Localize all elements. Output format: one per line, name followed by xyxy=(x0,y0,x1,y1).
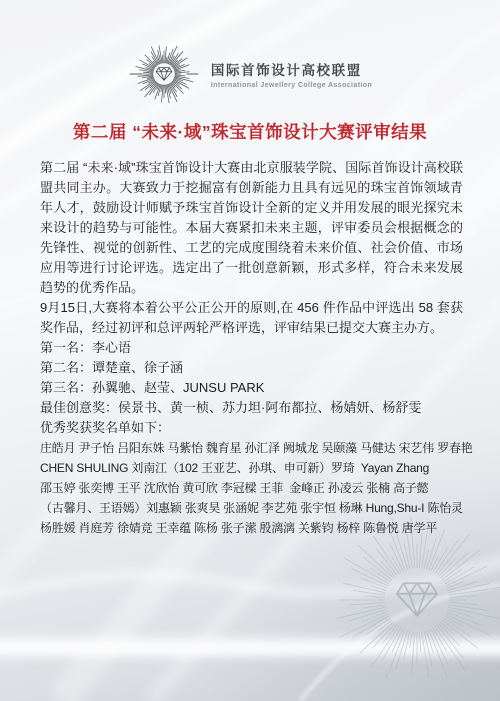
award-line-second: 第二名：谭楚童、徐子涵 xyxy=(40,358,463,378)
logo-name-cn: 国际首饰设计高校联盟 xyxy=(211,59,372,79)
excellence-name-line: CHEN SHULING 刘南江（102 王亚艺、孙琪、申可新）罗琦 Yayan… xyxy=(40,458,463,478)
excellence-name-line: 邵玉婷 张奕博 王平 沈欣怡 黄可欣 李冠樑 王菲 金峰正 孙凌云 张楠 高子懿 xyxy=(40,478,463,498)
award-names: 李心语 xyxy=(92,340,131,355)
award-names: 谭楚童、徐子涵 xyxy=(92,360,183,375)
logo-name-en: International Jewellery College Associat… xyxy=(211,82,372,89)
excellence-name-line: 杨胜媛 肖庭芳 徐婧竞 王幸蕴 陈杨 张子潆 殷漓漓 关紫钧 杨梓 陈鲁悦 唐学… xyxy=(40,518,463,538)
award-label: 最佳创意奖： xyxy=(40,400,118,415)
intro-paragraph: 第二届 “未来·域”珠宝首饰设计大赛由北京服装学院、国际首饰设计高校联盟共同主办… xyxy=(40,158,463,298)
award-line-first: 第一名：李心语 xyxy=(40,338,463,358)
excellence-heading: 优秀奖获奖名单如下： xyxy=(40,418,463,438)
award-line-creativity: 最佳创意奖：侯景书、黄一桢、苏力坦·阿布都拉、杨婧妍、杨舒雯 xyxy=(40,398,463,418)
award-label: 第二名： xyxy=(40,360,92,375)
award-label: 第三名： xyxy=(40,380,92,395)
association-logo: 国际首饰设计高校联盟 International Jewellery Colle… xyxy=(0,38,500,110)
award-line-third: 第三名：孙翼驰、赵莹、JUNSU PARK xyxy=(40,378,463,398)
award-names: 侯景书、黄一桢、苏力坦·阿布都拉、杨婧妍、杨舒雯 xyxy=(118,400,421,415)
excellence-name-line: （古馨月、王语嫣）刘惠颖 张爽昊 张涵妮 李艺苑 张宇恒 杨琳 Hung,Shu… xyxy=(40,498,463,518)
award-names: 孙翼驰、赵莹、JUNSU PARK xyxy=(92,380,264,395)
excellence-name-line: 庄皓月 尹子怡 吕阳东姝 马紫怡 魏育星 孙汇泽 阙城龙 吴颐藻 马健达 宋艺伟… xyxy=(40,438,463,458)
diamond-icon xyxy=(156,68,172,81)
announcement-paragraph: 9月15日,大赛将本着公平公正公开的原则,在 456 件作品中评选出 58 套获… xyxy=(40,298,463,338)
logo-starburst-icon xyxy=(128,38,200,110)
award-label: 第一名： xyxy=(40,340,92,355)
announcement-body: 第二届 “未来·域”珠宝首饰设计大赛由北京服装学院、国际首饰设计高校联盟共同主办… xyxy=(40,158,463,538)
poster-page: 国际首饰设计高校联盟 International Jewellery Colle… xyxy=(0,0,500,701)
page-title: 第二届 “未来·域”珠宝首饰设计大赛评审结果 xyxy=(0,119,500,144)
